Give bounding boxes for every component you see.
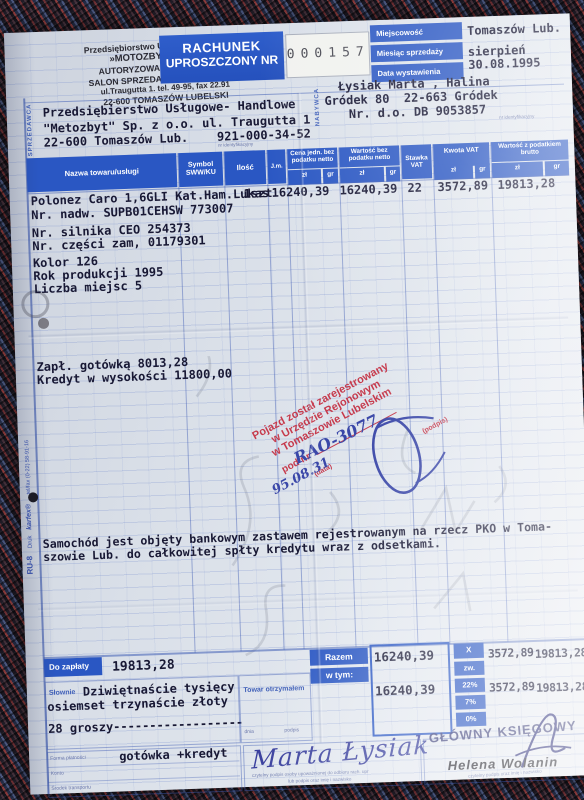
item-vat-rate: 22: [407, 181, 422, 195]
invoice-title-line2: UPROSZCZONY NR: [160, 53, 284, 71]
invoice-number-box: 000157: [285, 31, 370, 78]
rate22-vat-value: 3572,89: [489, 679, 535, 695]
item-qty: 1szt: [243, 186, 272, 201]
dnia-label: dnia: [244, 729, 254, 735]
item-gross: 19813,28: [497, 176, 555, 192]
buyer-id-note: nr identyfikacyjny: [499, 114, 534, 120]
razem-gross-value: 19813,28: [535, 645, 584, 661]
col-header-unit-price: Cena jedn. bez podatku netto: [287, 148, 338, 170]
col-header-unit: J.m.: [267, 149, 286, 184]
item-vat: 3572,89: [437, 178, 488, 194]
rate22-cell: 22%: [455, 678, 485, 693]
invoice-number: 000157: [287, 44, 369, 62]
rate22-gross-value: 19813,28: [536, 679, 584, 695]
data-value: 30.08.1995: [468, 55, 541, 72]
item-detail-line: Liczba miejsc 5: [34, 278, 143, 296]
col-header-name: Nazwa towaru/usługi: [26, 153, 177, 192]
razem-net-value: 16240,39: [374, 647, 435, 664]
do-zaplaty-value: 19813,28: [112, 658, 175, 675]
rate7-cell: 7%: [455, 695, 485, 710]
podpis-label: podpis: [284, 727, 299, 734]
seller-id-note: nr identyfikacyjny: [218, 141, 253, 147]
miesiac-label-cell: Miesiąc sprzedaży: [371, 42, 464, 62]
x-marker-cell: X: [453, 643, 484, 659]
invoice-title-banner: RACHUNEK UPROSZCZONY NR: [159, 31, 285, 83]
zw-rate-cell: zw.: [454, 661, 484, 676]
col-header-symbol: Symbol SWW/KU: [178, 152, 223, 188]
col-header-net: Wartość bez podatku netto: [339, 145, 400, 167]
photo-scene: RU-8 Druk karfex® tel/fax (0-22) 58-91-1…: [0, 0, 584, 800]
horizontal-fold-crease: [28, 316, 568, 340]
buyer-side-label: NABYWCA: [314, 82, 322, 126]
invoice-document: RU-8 Druk karfex® tel/fax (0-22) 58-91-1…: [4, 13, 584, 794]
col-header-qty: Ilość: [224, 150, 266, 185]
miejscowosc-label-cell: Miejscowość: [370, 22, 463, 42]
col-header-vat-rate: Stawka VAT: [401, 144, 432, 179]
item-net: 16240,39: [339, 181, 397, 197]
miejscowosc-value: Tomaszów Lub.: [467, 21, 561, 38]
col-header-gross: Wartość z podatkiem brutto: [491, 139, 569, 162]
rate0-cell: 0%: [456, 712, 486, 727]
razem-vat-value: 3572,89: [488, 645, 534, 661]
rate22-net-value: 16240,39: [375, 681, 436, 698]
